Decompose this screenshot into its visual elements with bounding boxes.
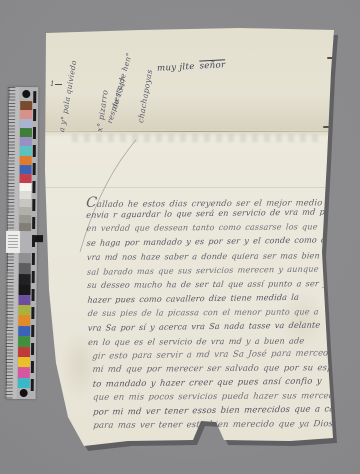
- color-patch: [20, 174, 32, 183]
- gray-patch: [19, 183, 31, 191]
- color-patch: [20, 165, 32, 174]
- manuscript-line: que en mis pocos servicios pueda hazer s…: [92, 391, 344, 403]
- registration-dot-bottom: [20, 389, 28, 397]
- color-patch: [20, 128, 32, 137]
- color-patch: [18, 326, 30, 336]
- manuscript-page: 1 a y° pala quiviedo x° pizarro respuest…: [0, 0, 360, 474]
- color-patch: [20, 119, 32, 128]
- color-patch: [20, 146, 32, 155]
- salutation-prefix: muy jlte: [157, 62, 195, 74]
- color-patch: [18, 336, 30, 346]
- color-patch: [20, 156, 32, 165]
- color-patch: [20, 101, 32, 110]
- grayscale-patches: [19, 183, 31, 231]
- manuscript-line: vra md nos haze saber a donde quiera ser…: [86, 250, 320, 262]
- manuscript-line: su desseo mucho ha de ser tal que assí p…: [87, 278, 352, 290]
- top-color-patches: [20, 101, 33, 183]
- color-patch: [19, 253, 31, 263]
- color-patch: [20, 137, 32, 146]
- manuscript-line: mi md que por merecer ser salvado que po…: [92, 363, 338, 375]
- color-patch: [19, 263, 31, 273]
- color-calibration-strip: [6, 87, 39, 399]
- color-patch: [18, 367, 30, 377]
- photograph-canvas: 1 a y° pala quiviedo x° pizarro respuest…: [0, 0, 360, 474]
- color-patch: [19, 274, 31, 284]
- color-patch: [18, 378, 30, 388]
- color-patch: [18, 295, 30, 305]
- gray-patch: [19, 191, 31, 199]
- chart-label: [6, 231, 20, 253]
- registration-dot-top: [22, 90, 30, 98]
- folio-mark: 1: [50, 80, 62, 88]
- gray-patch: [19, 215, 31, 223]
- bottom-color-patches: [18, 253, 31, 388]
- color-patch: [18, 315, 30, 325]
- color-patch: [18, 305, 30, 315]
- chart-label-tab: [34, 235, 43, 242]
- gray-patch: [19, 223, 31, 231]
- manuscript-line: en lo que es el servicio de vra md y a b…: [88, 335, 305, 347]
- manuscript-line: de sus pies de la picassa con el menor p…: [87, 307, 319, 319]
- color-patch: [20, 110, 32, 119]
- color-patch: [19, 284, 31, 294]
- color-patch: [18, 346, 30, 356]
- gray-patch: [19, 199, 31, 207]
- color-patch: [18, 357, 30, 367]
- manuscript-line: en verdad que dessean tanto como cassars…: [86, 222, 318, 234]
- salutation-senor: señor: [199, 60, 225, 71]
- gray-patch: [19, 207, 31, 215]
